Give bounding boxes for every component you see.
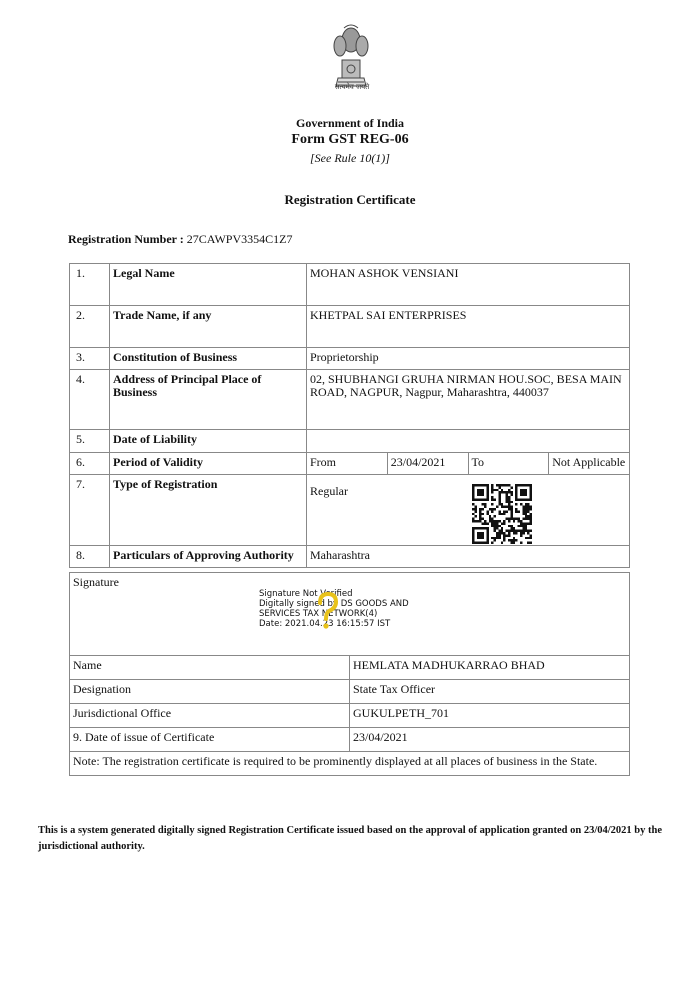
row-number: 5. (70, 430, 110, 453)
issue-date-value: 23/04/2021 (350, 728, 630, 752)
legal-name-label: Legal Name (110, 264, 307, 306)
table-row: 6. Period of Validity From 23/04/2021 To… (70, 453, 630, 475)
validity-from-label: From (307, 453, 388, 475)
footer-statement: This is a system generated digitally sig… (38, 823, 664, 855)
rule-reference: [See Rule 10(1)] (0, 151, 700, 166)
validity-to-label: To (468, 453, 549, 475)
date-of-liability-label: Date of Liability (110, 430, 307, 453)
qr-code-icon (472, 484, 532, 544)
validity-from-value: 23/04/2021 (387, 453, 468, 475)
legal-name-value: MOHAN ASHOK VENSIANI (307, 264, 630, 306)
form-title: Form GST REG-06 (0, 132, 700, 148)
table-row: 8. Particulars of Approving Authority Ma… (70, 546, 630, 568)
table-row: 2. Trade Name, if any KHETPAL SAI ENTERP… (70, 306, 630, 348)
officer-name-label: Name (70, 656, 350, 680)
registration-number: Registration Number : 27CAWPV3354C1Z7 (68, 232, 292, 247)
row-number: 8. (70, 546, 110, 568)
officer-name-value: HEMLATA MADHUKARRAO BHAD (350, 656, 630, 680)
registration-number-label: Registration Number : (68, 232, 184, 246)
row-number: 4. (70, 370, 110, 430)
row-number: 3. (70, 348, 110, 370)
registration-type-value: Regular (310, 485, 626, 498)
table-row: Name HEMLATA MADHUKARRAO BHAD (70, 656, 630, 680)
signature-row: Signature Signature Not Verified Digital… (70, 573, 630, 656)
approving-authority-value: Maharashtra (307, 546, 630, 568)
row-number: 1. (70, 264, 110, 306)
address-label: Address of Principal Place of Business (110, 370, 307, 430)
table-row: 3. Constitution of Business Proprietorsh… (70, 348, 630, 370)
constitution-label: Constitution of Business (110, 348, 307, 370)
row-number: 2. (70, 306, 110, 348)
period-of-validity-label: Period of Validity (110, 453, 307, 475)
jurisdictional-office-value: GUKULPETH_701 (350, 704, 630, 728)
constitution-value: Proprietorship (307, 348, 630, 370)
signature-table: Signature Signature Not Verified Digital… (69, 572, 630, 776)
jurisdictional-office-label: Jurisdictional Office (70, 704, 350, 728)
address-value: 02, SHUBHANGI GRUHA NIRMAN HOU.SOC, BESA… (307, 370, 630, 430)
question-mark-icon (312, 591, 342, 631)
row-number: 6. (70, 453, 110, 475)
table-row: 4. Address of Principal Place of Busines… (70, 370, 630, 430)
trade-name-value: KHETPAL SAI ENTERPRISES (307, 306, 630, 348)
validity-to-value: Not Applicable (549, 453, 630, 475)
trade-name-label: Trade Name, if any (110, 306, 307, 348)
note-row: Note: The registration certificate is re… (70, 752, 630, 776)
table-row: Jurisdictional Office GUKULPETH_701 (70, 704, 630, 728)
signature-label: Signature (73, 575, 119, 589)
page-title: Registration Certificate (0, 192, 700, 208)
table-row: 9. Date of issue of Certificate 23/04/20… (70, 728, 630, 752)
display-note: Note: The registration certificate is re… (70, 752, 630, 776)
registration-type-cell: Regular (307, 475, 630, 546)
emblem-motto: सत्यमेव जयते (322, 83, 382, 92)
issue-date-label: 9. Date of issue of Certificate (70, 728, 350, 752)
approving-authority-label: Particulars of Approving Authority (110, 546, 307, 568)
table-row: Designation State Tax Officer (70, 680, 630, 704)
row-number: 7. (70, 475, 110, 546)
table-row: 7. Type of Registration Regular (70, 475, 630, 546)
designation-value: State Tax Officer (350, 680, 630, 704)
registration-number-value: 27CAWPV3354C1Z7 (187, 232, 293, 246)
signature-cell: Signature Signature Not Verified Digital… (70, 573, 630, 656)
designation-label: Designation (70, 680, 350, 704)
registration-type-label: Type of Registration (110, 475, 307, 546)
table-row: 5. Date of Liability (70, 430, 630, 453)
registration-details-table: 1. Legal Name MOHAN ASHOK VENSIANI 2. Tr… (69, 263, 630, 568)
table-row: 1. Legal Name MOHAN ASHOK VENSIANI (70, 264, 630, 306)
government-heading: Government of India (0, 116, 700, 131)
date-of-liability-value (307, 430, 630, 453)
